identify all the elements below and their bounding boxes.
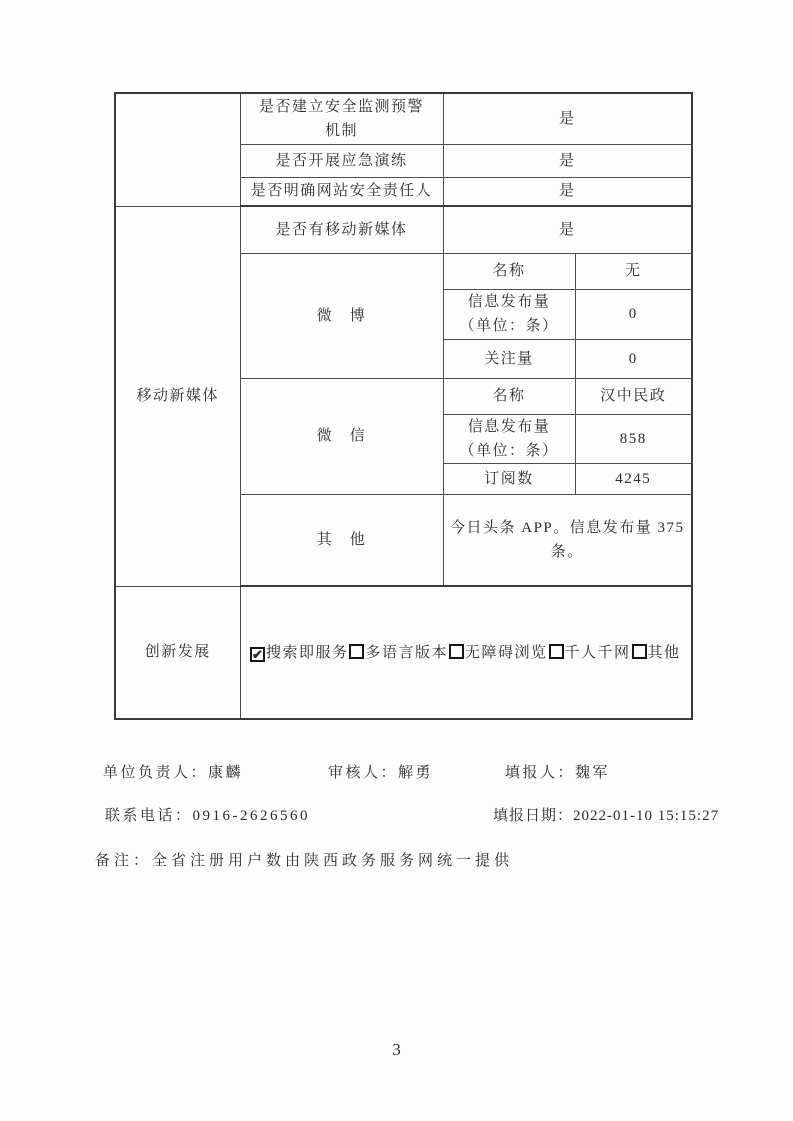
wechat-posts-value: 858: [575, 414, 692, 463]
has-mobile-media-label: 是否有移动新媒体: [240, 206, 443, 253]
category-innovation: 创新发展: [115, 586, 240, 719]
weibo-name-label: 名称: [443, 253, 575, 289]
emergency-drill-value: 是: [443, 144, 692, 177]
weibo-posts-value: 0: [575, 289, 692, 339]
wechat-name-value: 汉中民政: [575, 378, 692, 414]
innovation-option-label: 千人千网: [565, 645, 631, 661]
innovation-option: 无障碍浏览: [449, 645, 549, 661]
document-page: 是否建立安全监测预警 机制 是 是否开展应急演练 是 是否明确网站安全责任人 是…: [0, 0, 793, 1121]
filler-field: 填报人：魏军: [505, 761, 610, 782]
checkbox-unchecked-icon: [449, 644, 464, 659]
wechat-subscribers-value: 4245: [575, 463, 692, 494]
security-monitoring-label: 是否建立安全监测预警 机制: [240, 93, 443, 144]
has-mobile-media-value: 是: [443, 206, 692, 253]
innovation-option-label: 无障碍浏览: [465, 645, 548, 661]
checkbox-unchecked-icon: [549, 644, 564, 659]
page-number: 3: [0, 1040, 793, 1060]
weibo-cell: 微 博: [240, 253, 443, 378]
security-monitoring-value: 是: [443, 93, 692, 144]
category-mobile-media: 移动新媒体: [115, 206, 240, 586]
unit-head-field: 单位负责人：康麟: [103, 761, 243, 782]
checkbox-unchecked-icon: [349, 644, 364, 659]
innovation-option-label: 其他: [648, 645, 681, 661]
innovation-option-label: 多语言版本: [365, 645, 448, 661]
category-cell-continued: [115, 93, 240, 206]
report-date-field: 填报日期：2022-01-10 15:15:27: [493, 804, 719, 825]
other-media-value: 今日头条 APP。信息发布量 375 条。: [443, 494, 692, 586]
wechat-cell: 微 信: [240, 378, 443, 494]
security-owner-value: 是: [443, 177, 692, 206]
checkbox-unchecked-icon: [632, 644, 647, 659]
security-owner-label: 是否明确网站安全责任人: [240, 177, 443, 206]
wechat-name-label: 名称: [443, 378, 575, 414]
emergency-drill-label: 是否开展应急演练: [240, 144, 443, 177]
reviewer-field: 审核人：解勇: [328, 761, 433, 782]
weibo-followers-label: 关注量: [443, 339, 575, 378]
innovation-option: 多语言版本: [349, 645, 449, 661]
weibo-followers-value: 0: [575, 339, 692, 378]
innovation-option: ✔搜索即服务: [250, 645, 350, 661]
innovation-options-row: ✔搜索即服务多语言版本无障碍浏览千人千网其他: [240, 586, 692, 719]
wechat-subscribers-label: 订阅数: [443, 463, 575, 494]
remark-line: 备注：全省注册用户数由陕西政务服务网统一提供: [95, 849, 513, 870]
innovation-option: 千人千网: [549, 645, 632, 661]
innovation-option: 其他: [632, 645, 682, 661]
innovation-option-label: 搜索即服务: [266, 645, 349, 661]
footer-signature-line: 单位负责人：康麟 审核人：解勇 填报人：魏军: [0, 761, 793, 781]
footer-contact-line: 联系电话：0916-2626560 填报日期：2022-01-10 15:15:…: [0, 804, 793, 824]
wechat-posts-label: 信息发布量 （单位：条）: [443, 414, 575, 463]
report-table: 是否建立安全监测预警 机制 是 是否开展应急演练 是 是否明确网站安全责任人 是…: [114, 92, 693, 720]
weibo-name-value: 无: [575, 253, 692, 289]
phone-field: 联系电话：0916-2626560: [105, 804, 310, 825]
weibo-posts-label: 信息发布量 （单位：条）: [443, 289, 575, 339]
other-media-label: 其 他: [240, 494, 443, 586]
checkbox-checked-icon: ✔: [250, 647, 265, 662]
